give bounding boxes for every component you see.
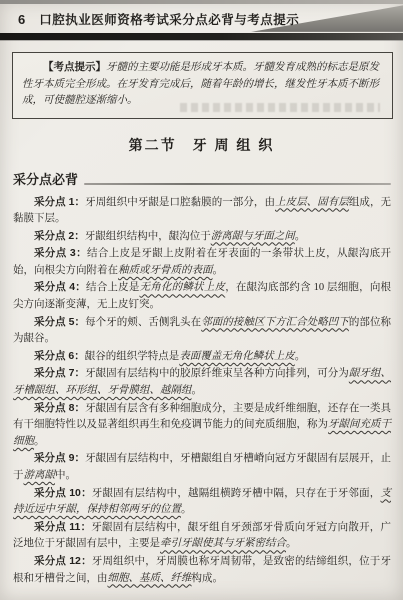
running-head-title: 口腔执业医师资格考试采分点必背与考点提示 xyxy=(39,10,299,28)
key-phrase: 细胞、基质、纤维 xyxy=(108,573,192,584)
point-item: 采分点 4：结合上皮是无角化的鳞状上皮，在龈沟底部约含 10 层细胞，向根尖方向… xyxy=(13,279,391,313)
point-label: 采分点 7： xyxy=(34,367,85,379)
point-text: 中。 xyxy=(55,470,76,481)
point-text: 。 xyxy=(213,265,224,276)
tip-label: 【考点提示】 xyxy=(43,61,106,73)
point-text: 牙周组织中牙龈是口腔黏膜的一部分，由 xyxy=(85,197,275,208)
subheading-rule xyxy=(84,183,391,185)
point-label: 采分点 9： xyxy=(34,452,85,464)
point-item: 采分点 7：牙龈固有层结构中的胶原纤维束呈各种方向排列，可分为龈牙组、牙槽龈组、… xyxy=(13,365,391,399)
point-item: 采分点 1：牙周组织中牙龈是口腔黏膜的一部分，由上皮层、固有层组成，无黏膜下层。 xyxy=(13,194,391,228)
point-label: 采分点 1： xyxy=(34,196,85,208)
key-phrase: 邻面的接触区下方汇合处略凹下 xyxy=(201,317,349,328)
point-label: 采分点 12： xyxy=(34,555,92,567)
point-label: 采分点 5： xyxy=(34,316,85,328)
key-phrase: 无角化的鳞状上皮 xyxy=(140,282,226,293)
subheading-label: 采分点必背 xyxy=(13,169,78,188)
key-phrase: 表面覆盖无角化鳞状上皮 xyxy=(179,351,295,362)
point-item: 采分点 2：牙龈组织结构中，龈沟位于游离龈与牙面之间。 xyxy=(13,228,391,246)
point-item: 采分点 12：牙周组织中，牙周膜也称牙周韧带，是致密的结缔组织，位于牙根和牙槽骨… xyxy=(13,553,391,587)
key-phrase: 游离龈 xyxy=(24,470,56,481)
page-number: 6 xyxy=(18,12,25,27)
point-item: 采分点 11：牙龈固有层结构中，龈牙组自牙颈部牙骨质向牙冠方向散开，广泛地位于牙… xyxy=(13,519,391,553)
point-text: 牙龈固有层结构中的胶原纤维束呈各种方向排列，可分为 xyxy=(85,368,349,379)
point-label: 采分点 11： xyxy=(34,521,91,533)
point-text: 结合上皮是 xyxy=(86,282,140,293)
point-text: 每个牙的颊、舌侧乳头在 xyxy=(85,317,201,328)
point-text: 。 xyxy=(295,351,306,362)
point-label: 采分点 10： xyxy=(34,487,92,499)
point-text: 牙龈组织结构中，龈沟位于 xyxy=(85,231,211,242)
section-title: 第二节 牙 周 组 织 xyxy=(0,135,403,155)
points-list: 采分点 1：牙周组织中牙龈是口腔黏膜的一部分，由上皮层、固有层组成，无黏膜下层。… xyxy=(13,194,391,588)
key-phrase: 上皮层、固有层 xyxy=(275,197,349,208)
point-text: 。 xyxy=(286,538,297,549)
ink-bleedthrough-artifact xyxy=(180,103,380,112)
point-text: 构成。 xyxy=(192,573,224,584)
point-text: 。 xyxy=(181,504,192,515)
subheading-row: 采分点必背 xyxy=(13,169,391,188)
point-item: 采分点 9：牙龈固有层结构中，牙槽龈组自牙槽嵴向冠方牙龈固有层展开，止于游离龈中… xyxy=(13,450,391,484)
point-text: 牙龈固有层结构中，越隔组横跨牙槽中隔，只存在于牙邻面， xyxy=(92,488,381,499)
point-text: 。 xyxy=(34,436,45,447)
point-item: 采分点 10：牙龈固有层结构中，越隔组横跨牙槽中隔，只存在于牙邻面，支持近远中牙… xyxy=(13,485,391,519)
point-item: 采分点 5：每个牙的颊、舌侧乳头在邻面的接触区下方汇合处略凹下的部位称为龈谷。 xyxy=(13,314,391,348)
key-phrase: 釉质或牙骨质的表面 xyxy=(118,265,213,276)
key-phrase: 游离龈与牙面之间 xyxy=(211,231,295,242)
point-label: 采分点 6： xyxy=(34,350,85,362)
point-item: 采分点 8：牙龈固有层含有多种细胞成分，主要是成纤维细胞，还存在一类具有干细胞特… xyxy=(13,400,391,451)
point-label: 采分点 3： xyxy=(34,247,87,259)
point-text: 龈谷的组织学特点是 xyxy=(85,351,180,362)
point-item: 采分点 3：结合上皮是牙龈上皮附着在牙表面的一条带状上皮，从龈沟底开始，向根尖方… xyxy=(13,245,391,279)
point-text: 。 xyxy=(295,231,306,242)
point-item: 采分点 6：龈谷的组织学特点是表面覆盖无角化鳞状上皮。 xyxy=(13,348,391,366)
point-label: 采分点 8： xyxy=(34,402,85,414)
exam-tip-box: 【考点提示】牙髓的主要功能是形成牙本质。牙髓发育成熟的标志是原发性牙本质完全形成… xyxy=(12,52,393,119)
book-page: 6 口腔执业医师资格考试采分点必背与考点提示 【考点提示】牙髓的主要功能是形成牙… xyxy=(0,0,403,600)
point-label: 采分点 2： xyxy=(34,230,85,242)
point-text: 。 xyxy=(192,385,203,396)
key-phrase: 牵引牙龈使其与牙紧密结合 xyxy=(160,538,286,549)
point-label: 采分点 4： xyxy=(34,281,86,293)
header-rule xyxy=(0,33,403,40)
page-header: 6 口腔执业医师资格考试采分点必背与考点提示 xyxy=(0,0,403,33)
